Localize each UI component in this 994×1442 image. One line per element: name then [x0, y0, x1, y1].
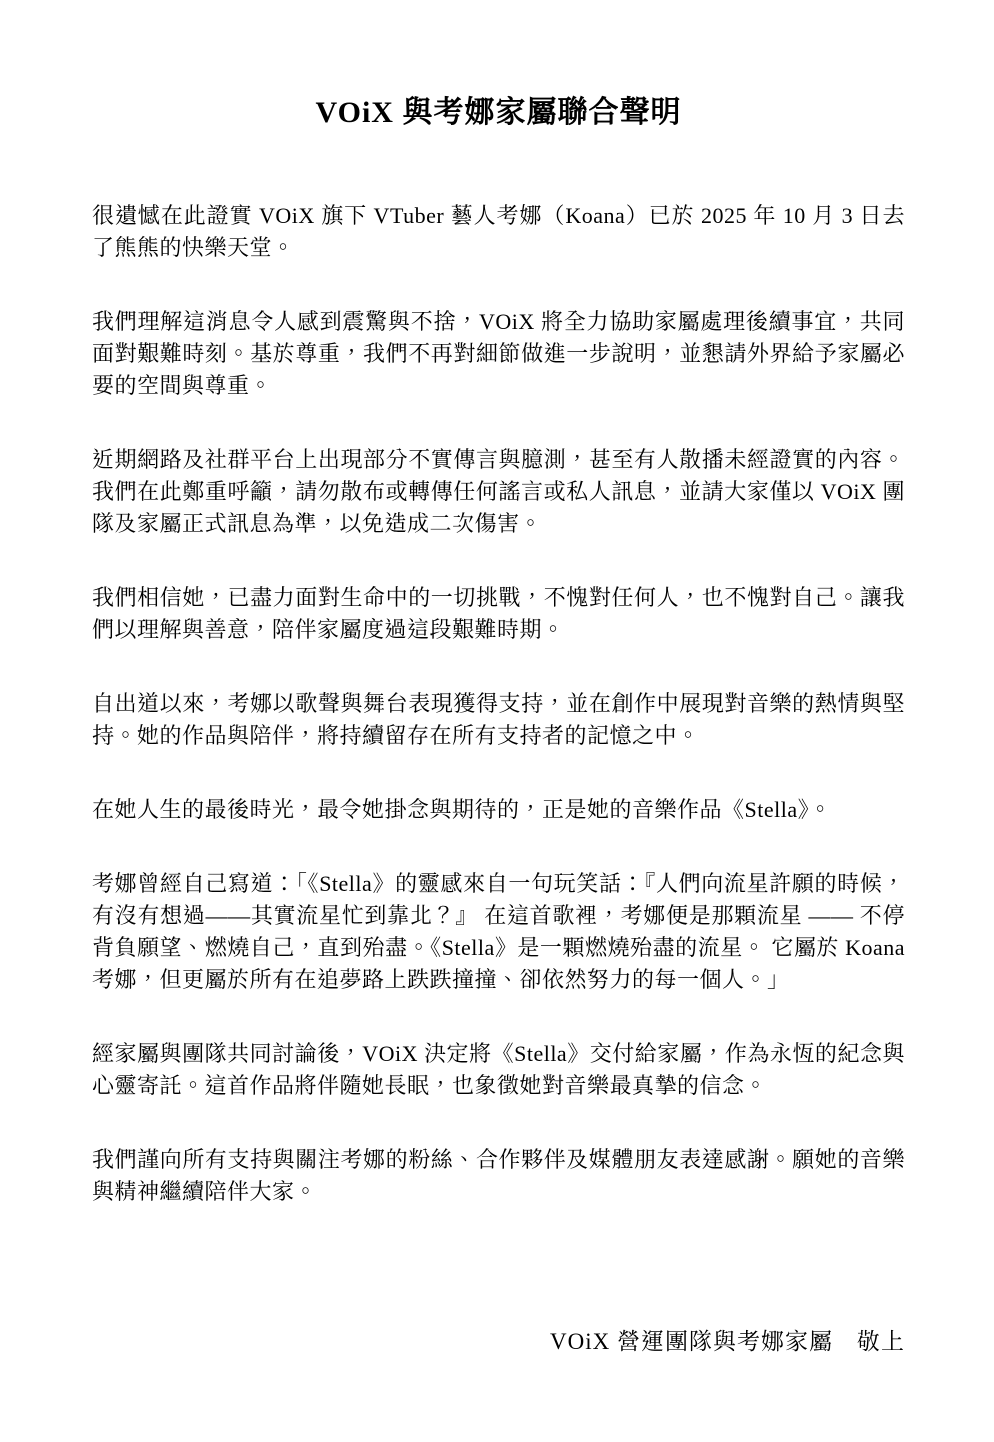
statement-document-page: VOiX 與考娜家屬聯合聲明 很遺憾在此證實 VOiX 旗下 VTuber 藝人… — [0, 0, 994, 1442]
paragraph-final-wish-stella: 在她人生的最後時光，最令她掛念與期待的，正是她的音樂作品《Stella》。 — [92, 794, 905, 826]
paragraph-announcement: 很遺憾在此證實 VOiX 旗下 VTuber 藝人考娜（Koana）已於 202… — [92, 200, 905, 264]
paragraph-career-legacy: 自出道以來，考娜以歌聲與舞台表現獲得支持，並在創作中展現對音樂的熱情與堅持。她的… — [92, 688, 905, 752]
paragraph-condolence-support: 我們理解這消息令人感到震驚與不捨，VOiX 將全力協助家屬處理後續事宜，共同面對… — [92, 306, 905, 402]
paragraph-koana-quote: 考娜曾經自己寫道：「《Stella》的靈感來自一句玩笑話：『人們向流星許願的時候… — [92, 868, 905, 996]
document-title: VOiX 與考娜家屬聯合聲明 — [92, 92, 905, 134]
paragraph-thanks: 我們謹向所有支持與關注考娜的粉絲、合作夥伴及媒體朋友表達感謝。願她的音樂與精神繼… — [92, 1144, 905, 1208]
paragraph-belief-in-her: 我們相信她，已盡力面對生命中的一切挑戰，不愧對任何人，也不愧對自己。讓我們以理解… — [92, 582, 905, 646]
paragraph-stella-decision: 經家屬與團隊共同討論後，VOiX 決定將《Stella》交付給家屬，作為永恆的紀… — [92, 1038, 905, 1102]
signature: VOiX 營運團隊與考娜家屬 敬上 — [92, 1325, 905, 1358]
paragraph-rumor-appeal: 近期網路及社群平台上出現部分不實傳言與臆測，甚至有人散播未經證實的內容。我們在此… — [92, 444, 905, 540]
